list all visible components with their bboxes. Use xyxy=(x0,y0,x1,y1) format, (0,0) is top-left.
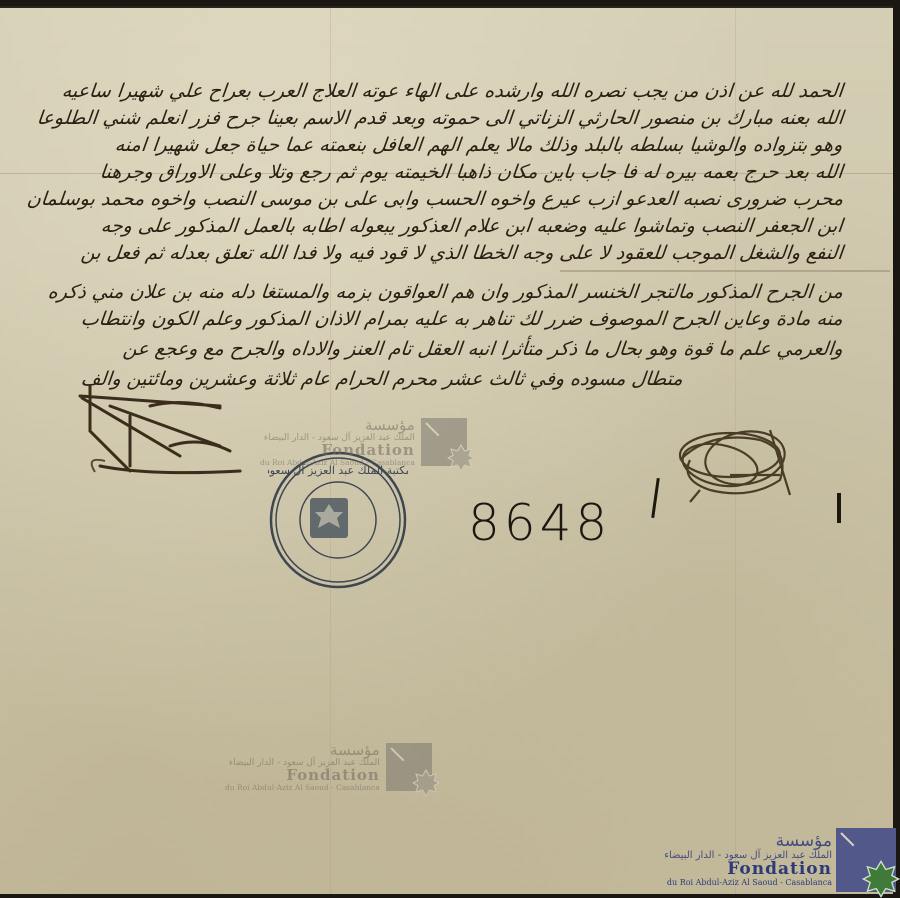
watermark-arabic-title: مؤسسة xyxy=(365,418,415,434)
manuscript-line: الله بعد حرج بعمه بيره له فا جاب باين مك… xyxy=(99,161,844,183)
fondation-logo-icon xyxy=(386,743,432,791)
watermark-arabic-title: مؤسسة xyxy=(330,743,380,759)
fondation-logo-icon xyxy=(421,418,467,466)
fold-line xyxy=(560,270,890,272)
manuscript-line: النفع والشغل الموجب للعقود لا على وجه ال… xyxy=(80,242,844,264)
manuscript-line: منه مادة وعاين الجرح الموصوف ضرر لك تناه… xyxy=(80,308,844,330)
watermark-french-title: Fondation xyxy=(727,861,832,879)
fondation-watermark-top: مؤسسة الملك عبد العزيز آل سعود - الدار ا… xyxy=(260,418,467,467)
watermark-french-subtitle: du Roi Abdul-Aziz Al Saoud - Casablanca xyxy=(225,784,380,792)
catalog-number: 8648 xyxy=(468,494,611,552)
manuscript-line: والعرمي علم ما قوة وهو بحال ما ذكر متأثر… xyxy=(122,338,844,360)
manuscript-line: محرب ضرورى نصبه العدعو ازب عيرع واخوه ال… xyxy=(26,188,845,210)
watermark-french-subtitle: du Roi Abdul-Aziz Al Saoud - Casablanca xyxy=(260,459,415,467)
manuscript-line: وهو بتزواده والوشيا بسلطه بالبلد وذلك ما… xyxy=(114,134,844,156)
fondation-logo-icon xyxy=(836,828,896,892)
fondation-watermark-bottom: مؤسسة الملك عبد العزيز آل سعود - الدار ا… xyxy=(225,743,432,792)
watermark-french-title: Fondation xyxy=(321,443,415,459)
manuscript-line: الحمد لله عن اذن من يجب نصره الله وارشده… xyxy=(61,80,844,102)
pen-mark xyxy=(651,478,660,518)
pen-mark xyxy=(837,493,841,523)
manuscript-page: الحمد لله عن اذن من يجب نصره الله وارشده… xyxy=(0,6,893,892)
left-signature xyxy=(70,376,270,476)
watermark-french-title: Fondation xyxy=(286,768,380,784)
right-flourish-signature xyxy=(670,420,805,505)
watermark-arabic-title: مؤسسة xyxy=(776,833,832,851)
manuscript-line: من الجرح المذكور مالتجر الخنسر المذكور و… xyxy=(47,281,844,303)
fondation-watermark-corner: مؤسسة الملك عبد العزيز آل سعود - الدار ا… xyxy=(664,828,896,892)
watermark-arabic-subtitle: الملك عبد العزيز آل سعود - الدار البيضاء xyxy=(664,851,832,862)
manuscript-line: ابن الجعفر النصب وتماشوا عليه وضعبه ابن … xyxy=(100,215,844,237)
manuscript-line: الله بعنه مبارك بن منصور الحارثي الزناتي… xyxy=(35,107,844,129)
library-seal: مكتبة الملك عبد العزيز آل سعود xyxy=(268,450,408,590)
watermark-french-subtitle: du Roi Abdul-Aziz Al Saoud - Casablanca xyxy=(667,879,832,887)
